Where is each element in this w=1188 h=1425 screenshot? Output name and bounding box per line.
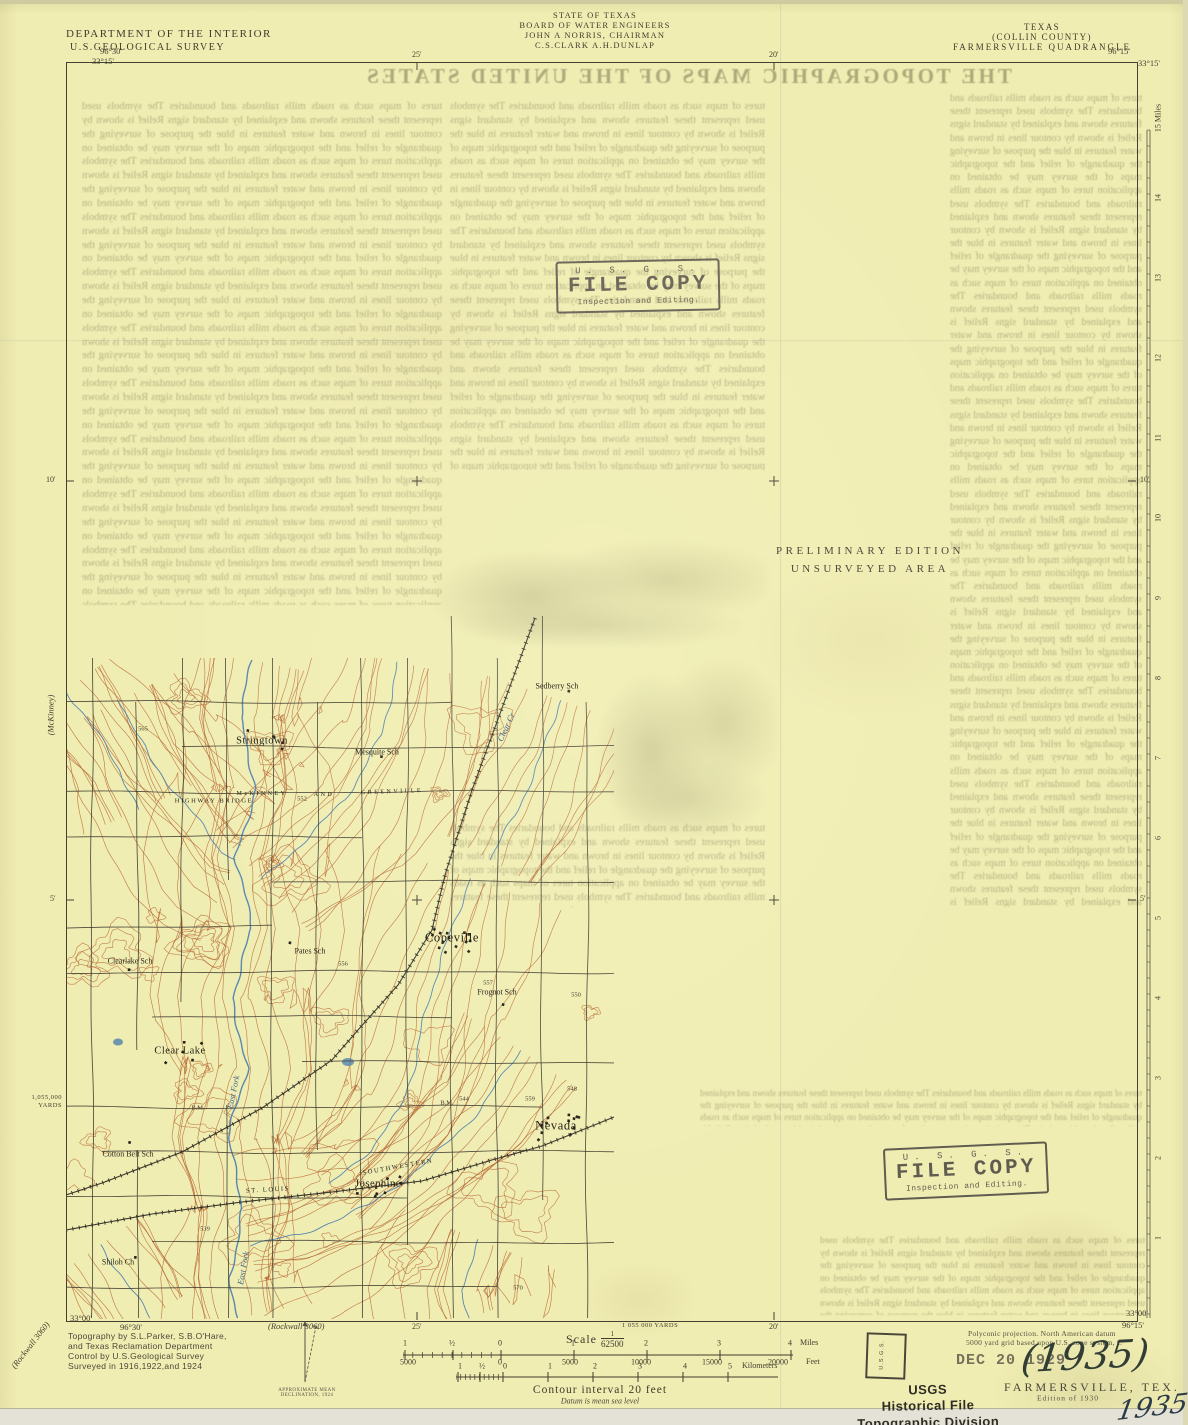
credit-line-2: and Texas Reclamation Department	[68, 1341, 213, 1351]
state-line: STATE OF TEXAS	[475, 10, 715, 20]
quad-name: FARMERSVILLE QUADRANGLE	[912, 42, 1172, 52]
unsurveyed-line: UNSURVEYED AREA	[760, 561, 980, 579]
contour-interval-note: Contour interval 20 feet	[533, 1384, 667, 1396]
map-label-mesquite-sch: Mesquite Sch	[355, 748, 399, 757]
mile-ruler-label: 15 Miles	[1154, 104, 1163, 132]
grid-yards-bottom: 1 055 000 YARDS	[622, 1322, 678, 1329]
scale-bar	[403, 1350, 793, 1360]
members-line: C.S.CLARK A.H.DUNLAP	[475, 40, 715, 50]
agency-subtitle: U.S.GEOLOGICAL SURVEY	[70, 42, 225, 53]
corner-top-right-lon: 96°15'	[1108, 46, 1130, 56]
map-spot-elevation: 544	[459, 1096, 469, 1103]
declination-caption-line: DECLINATION, 1924	[272, 1393, 342, 1398]
map-railroad-label: McKINNEY	[237, 791, 288, 797]
mile-ruler-label: 8	[1154, 676, 1163, 680]
scale-fraction: 1 62500	[601, 1331, 624, 1349]
map-spot-elevation: 548	[567, 1086, 577, 1093]
corner-bottom-right-lat: 33°00'	[1126, 1308, 1148, 1318]
map-spot-elevation: 556	[338, 961, 348, 968]
map-spot-elevation: 559	[525, 1096, 535, 1103]
mile-ruler-label: 11	[1154, 434, 1163, 442]
map-spot-elevation: B.M.	[191, 1105, 204, 1112]
usgs-historical-file-stamp: USGS Historical File Topographic Divisio…	[838, 1380, 1019, 1425]
magnetic-declination-diagram	[288, 1320, 328, 1386]
scale-bar-label: 4	[683, 1362, 687, 1371]
credit-line-4: Surveyed in 1916,1922,and 1924	[68, 1361, 202, 1371]
adjoining-quad-left: (McKinney)	[45, 695, 55, 736]
preliminary-edition-notice: PRELIMINARY EDITION UNSURVEYED AREA	[760, 543, 980, 578]
map-label-cotton-belt-sch: Cotton Belt Sch	[102, 1150, 153, 1159]
tick-right-5: 5'	[1140, 894, 1145, 903]
tick-bottom-20: 20'	[769, 1322, 778, 1331]
credit-line-1: Topography by S.L.Parker, S.B.O'Hare,	[68, 1331, 227, 1341]
handwritten-1935-paren: (1935)	[1019, 1331, 1152, 1382]
corner-top-right-lat: 33°15'	[1138, 58, 1160, 68]
quad-county: (COLLIN COUNTY)	[912, 32, 1172, 42]
scan-edge-right	[1183, 0, 1188, 1425]
agency-title: DEPARTMENT OF THE INTERIOR	[66, 28, 272, 40]
scale-bar-label: 3	[717, 1339, 721, 1348]
map-label-stringtown: Stringtown	[236, 736, 288, 747]
map-label-copeville: Copeville	[425, 931, 479, 946]
scale-bar-label: 0	[498, 1358, 502, 1367]
preliminary-line: PRELIMINARY EDITION	[760, 543, 980, 561]
mile-ruler-label: 10	[1154, 514, 1163, 522]
map-sheet: THE TOPOGRAPHIC MAPS OF THE UNITED STATE…	[0, 0, 1188, 1425]
declination-caption: APPROXIMATE MEAN DECLINATION, 1924	[272, 1388, 342, 1398]
map-railroad-label: HIGHWAY BRIDGE	[175, 798, 253, 805]
scale-bar-label: 2	[593, 1362, 597, 1371]
map-label-clear-lake: Clear Lake	[154, 1046, 205, 1057]
corner-top-left-lon: 96°30'	[100, 46, 122, 56]
file-copy-stamp-top: U. S. G. S. FILE COPY Inspection and Edi…	[555, 258, 720, 313]
map-spot-elevation: 557	[483, 980, 493, 987]
scale-bar-label: 0	[503, 1362, 507, 1371]
mile-ruler-label: 1	[1154, 1236, 1163, 1240]
mile-ruler-label: 13	[1154, 274, 1163, 282]
scale-bar-label: 2	[644, 1339, 648, 1348]
tick-top-25: 25'	[412, 50, 421, 59]
corner-top-left-lat: 33°15'	[92, 56, 114, 66]
scale-bar-label: 0	[498, 1339, 502, 1348]
mile-ruler-label: 2	[1154, 1156, 1163, 1160]
corner-bottom-left-lat: 33°00'	[70, 1313, 92, 1323]
file-copy-stamp-bottom: U. S. G. S. FILE COPY Inspection and Edi…	[883, 1141, 1050, 1200]
scan-edge-top	[0, 0, 1188, 4]
scale-bar-label: 5000	[562, 1358, 578, 1367]
scale-denominator: 62500	[601, 1338, 624, 1349]
scale-bar-unit: Feet	[806, 1357, 820, 1366]
library-box-text: U.S.G.S.	[879, 1340, 886, 1370]
scale-bar-label: 15000	[702, 1358, 722, 1367]
scale-bar-unit: Kilometers	[742, 1361, 778, 1370]
scale-bar-label: 1	[458, 1362, 462, 1371]
scale-bar-label: 3	[638, 1362, 642, 1371]
scale-bar-label: 1	[548, 1362, 552, 1371]
mile-ruler-label: 3	[1154, 1076, 1163, 1080]
board-line: BOARD OF WATER ENGINEERS	[475, 20, 715, 30]
scale-bar-label: ½	[449, 1339, 455, 1348]
map-spot-elevation: 570	[513, 1285, 523, 1292]
map-label-pates-sch: Pates Sch	[295, 947, 326, 956]
map-line	[17, 725, 53, 848]
quad-state: TEXAS	[912, 22, 1172, 32]
map-label-clearlake-sch: Clearlake Sch	[108, 957, 153, 966]
scale-bar-label: 5	[728, 1362, 732, 1371]
chairman-line: JOHN A NORRIS, CHAIRMAN	[475, 30, 715, 40]
map-spot-elevation: 552	[297, 796, 307, 803]
scale-bar-label: 5000	[400, 1358, 416, 1367]
map-neatline	[66, 62, 1138, 1322]
credit-line-3: Control by U.S.Geological Survey	[68, 1351, 204, 1361]
stamp-title: FILE COPY	[568, 274, 709, 299]
map-spot-elevation: B.M.	[440, 1100, 453, 1107]
map-label-nevada: Nevada	[535, 1119, 577, 1134]
mile-ruler-label: 4	[1154, 996, 1163, 1000]
mile-ruler-label: 14	[1154, 194, 1163, 202]
tick-right-10: 10'	[1140, 475, 1149, 484]
mile-ruler-label: 6	[1154, 836, 1163, 840]
map-label-frognot-sch: Frognot Sch	[477, 988, 516, 997]
scale-numerator: 1	[601, 1331, 624, 1338]
mile-ruler-label: 5	[1154, 916, 1163, 920]
scale-bar-label: 1	[571, 1339, 575, 1348]
grid-yards-left: 1,055,000 YARDS	[8, 1094, 62, 1110]
corner-bottom-right-lon: 96°15'	[1122, 1320, 1144, 1330]
usgs-stamp-line: Topographic Division	[838, 1413, 1018, 1425]
usgs-library-box-stamp: U.S.G.S.	[865, 1332, 907, 1379]
map-label-sedberry-sch: Sedberry Sch	[536, 682, 579, 691]
map-label-shiloh-ch: Shiloh Ch	[102, 1258, 134, 1267]
scale-bar-label: ½	[479, 1362, 485, 1371]
map-spot-elevation: 539	[200, 1226, 210, 1233]
mile-ruler-label: 9	[1154, 596, 1163, 600]
map-spot-elevation: 565	[138, 726, 148, 733]
map-spot-elevation: 550	[571, 992, 581, 999]
stamp-subtitle: Inspection and Editing.	[568, 296, 709, 308]
scale-bar-label: 4	[788, 1339, 792, 1348]
scale-bar-unit: Miles	[800, 1338, 818, 1347]
tick-left-10: 10'	[46, 475, 55, 484]
tick-bottom-25: 25'	[412, 1322, 421, 1331]
state-board-header: STATE OF TEXAS BOARD OF WATER ENGINEERS …	[475, 10, 715, 50]
tick-left-5: 5'	[50, 894, 55, 903]
scale-bar-label: 1	[403, 1339, 407, 1348]
datum-note: Datum is mean sea level	[561, 1397, 639, 1406]
tick-top-20: 20'	[769, 50, 778, 59]
map-label-josephine: Josephine	[355, 1179, 401, 1190]
scale-bar	[456, 1372, 778, 1382]
mile-ruler-label: 7	[1154, 756, 1163, 760]
mile-ruler-label: 12	[1154, 354, 1163, 362]
quadrangle-title: TEXAS (COLLIN COUNTY) FARMERSVILLE QUADR…	[912, 22, 1172, 52]
map-railroad-label: AND	[314, 792, 335, 798]
edition-note: Edition of 1930	[1037, 1394, 1099, 1403]
